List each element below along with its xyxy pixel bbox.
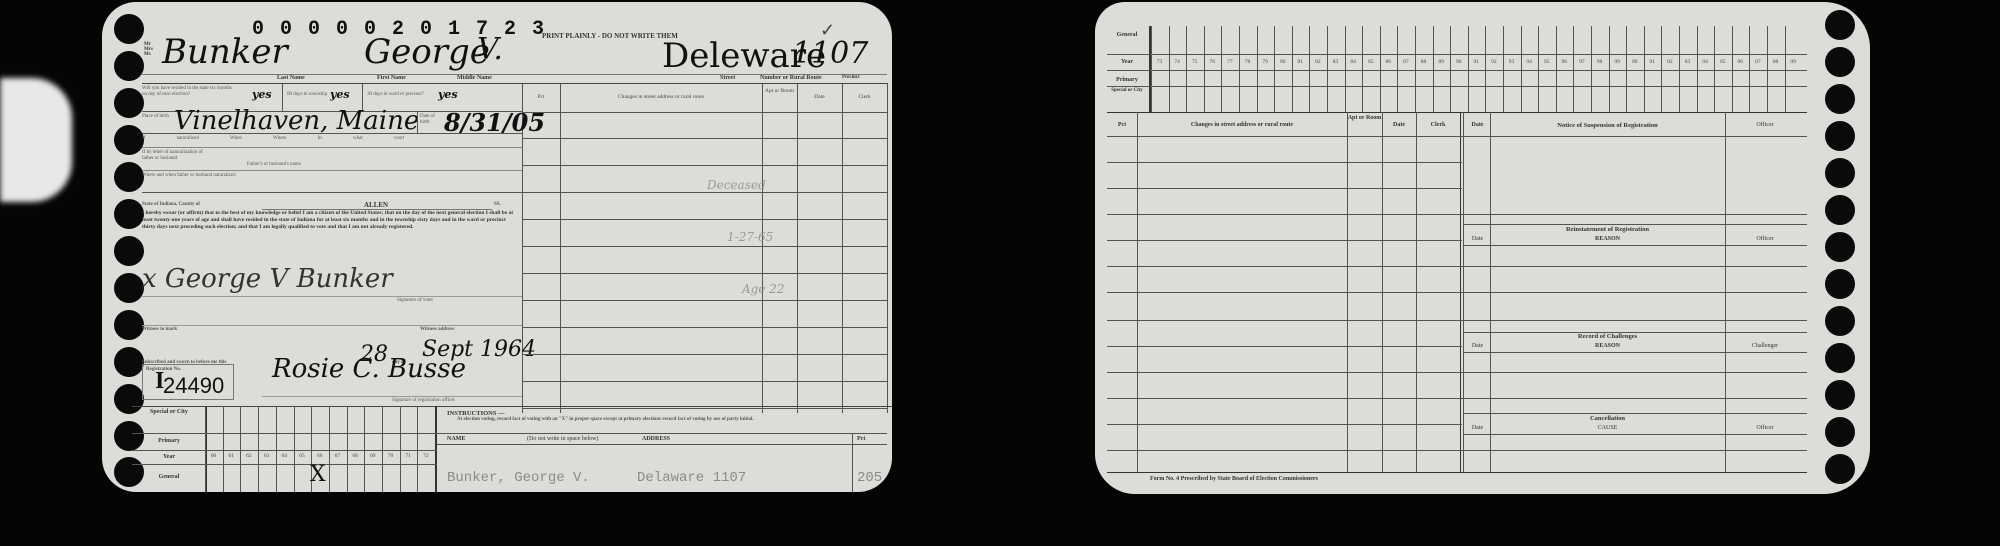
punch-hole	[114, 347, 144, 377]
voter-signature: x George V Bunker	[142, 264, 393, 294]
cancellation-date: Date	[1465, 425, 1490, 431]
year-cell: 01	[1644, 59, 1661, 65]
punch-hole	[114, 51, 144, 81]
reinstatement-officer: Officer	[1725, 236, 1805, 242]
signature-voter-label: Signature of voter	[397, 298, 433, 304]
year-cell: 70	[382, 453, 399, 459]
faint-entry: Age 22	[742, 282, 785, 296]
year-cell: 69	[364, 453, 381, 459]
suspension-officer: Officer	[1725, 122, 1805, 128]
oath-text: I hereby swear (or affirm) that to the b…	[142, 210, 517, 231]
registration-number-value: 24490	[163, 373, 224, 399]
punch-hole	[1825, 232, 1855, 262]
year-cell: 72	[417, 453, 434, 459]
col-date: Date	[797, 94, 842, 100]
ward-answer: yes	[438, 88, 458, 101]
row-year: Year	[134, 454, 204, 460]
year-cell: 94	[1521, 59, 1538, 65]
year-cell: 82	[1309, 59, 1326, 65]
place-of-birth-label: Place of birth	[142, 114, 172, 120]
typed-name: Bunker, George V.	[447, 470, 590, 486]
scanner-glare	[0, 78, 72, 202]
year-cell: 60	[205, 453, 222, 459]
year-cell: 80	[1274, 59, 1291, 65]
year-cell: 67	[329, 453, 346, 459]
cancellation-title: Cancellation	[1495, 415, 1720, 422]
year-cell: 92	[1485, 59, 1502, 65]
year-cell: 97	[1573, 59, 1590, 65]
punch-hole	[114, 88, 144, 118]
punch-hole	[114, 199, 144, 229]
col-address: ADDRESS	[642, 436, 670, 442]
faint-entry: Deceased	[707, 178, 766, 192]
year-cell: 79	[1257, 59, 1274, 65]
year-cell: 65	[294, 453, 311, 459]
col-pct: Pct	[1107, 122, 1137, 128]
punch-hole	[1825, 10, 1855, 40]
punch-hole	[1825, 269, 1855, 299]
punch-hole	[114, 457, 144, 487]
row-primary: Primary	[1107, 77, 1147, 83]
year-cell: 64	[276, 453, 293, 459]
punch-hole	[114, 236, 144, 266]
year-cell: 86	[1380, 59, 1397, 65]
naturalized-label: If naturalized When Where In what court	[142, 136, 522, 142]
punch-hole	[1825, 84, 1855, 114]
punch-hole	[1825, 343, 1855, 373]
col-date: Date	[1382, 122, 1416, 128]
witness-mark-label: Witness to mark	[142, 327, 177, 333]
row-year: Year	[1107, 59, 1147, 65]
year-cell: 73	[1151, 59, 1168, 65]
col-pct: Pct	[522, 94, 560, 100]
year-cell: 05	[1714, 59, 1731, 65]
county-value: ALLEN	[364, 201, 388, 209]
year-cell: 77	[1221, 59, 1238, 65]
suspension-title: Notice of Suspension of Registration	[1495, 122, 1720, 129]
ss-label: SS.	[494, 202, 501, 208]
punch-hole	[114, 273, 144, 303]
form-footer: Form No. 4 Prescribed by State Board of …	[1150, 476, 1318, 482]
year-cell: 88	[1415, 59, 1432, 65]
year-cell: 98	[1591, 59, 1608, 65]
challenges-title: Record of Challenges	[1495, 333, 1720, 340]
year-cell: 68	[347, 453, 364, 459]
col-clerk: Clerk	[1416, 122, 1460, 128]
state-county-label: State of Indiana, County of	[142, 202, 200, 208]
col-clerk: Clerk	[842, 94, 887, 100]
col-apt-room: Apt or Room	[1347, 115, 1382, 121]
first-name-label: First Name	[377, 75, 406, 81]
year-cell: 61	[223, 453, 240, 459]
naturalization-letter-label: If by letter of naturalization of father…	[142, 150, 212, 162]
punch-hole	[1825, 158, 1855, 188]
township-answer: yes	[330, 88, 350, 101]
year-cell: 76	[1204, 59, 1221, 65]
cancellation-officer: Officer	[1725, 425, 1805, 431]
registration-card-front: 0 0 0 0 0 2 0 1 7 2 3 PRINT PLAINLY - DO…	[102, 2, 892, 492]
punch-hole	[114, 310, 144, 340]
street-label: Street	[720, 75, 735, 81]
year-cell: 07	[1749, 59, 1766, 65]
punch-hole	[1825, 417, 1855, 447]
vote-mark-x: X	[310, 462, 326, 487]
last-name-value: Bunker	[162, 32, 288, 72]
year-cell: 71	[400, 453, 417, 459]
year-cell: 74	[1169, 59, 1186, 65]
date-of-birth-label: Date of birth	[420, 114, 444, 126]
year-cell: 81	[1292, 59, 1309, 65]
year-cell: 89	[1433, 59, 1450, 65]
when-where-label: Where and when father or husband natural…	[142, 173, 242, 179]
punch-hole	[1825, 454, 1855, 484]
section-marker: I	[155, 368, 164, 395]
col-name: NAME	[447, 436, 465, 442]
precinct-label: Precinct	[842, 75, 860, 80]
punch-hole	[114, 162, 144, 192]
punch-hole	[1825, 121, 1855, 151]
resided-state-label: Will you have resided in the state six m…	[142, 86, 232, 98]
place-of-birth-value: Vinelhaven, Maine	[174, 106, 419, 136]
year-cell: 85	[1362, 59, 1379, 65]
punch-hole	[114, 125, 144, 155]
row-general: General	[1107, 32, 1147, 38]
instructions-title: INSTRUCTIONS —	[447, 410, 505, 417]
middle-name-value: V.	[477, 32, 503, 67]
year-cell: 78	[1239, 59, 1256, 65]
number-label: Number or Rural Route	[760, 75, 822, 81]
row-primary: Primary	[134, 438, 204, 444]
punch-hole	[114, 14, 144, 44]
reinstatement-reason: REASON	[1495, 236, 1720, 242]
year-cell: 87	[1397, 59, 1414, 65]
year-cell: 83	[1327, 59, 1344, 65]
punch-hole	[1825, 306, 1855, 336]
middle-name-label: Middle Name	[457, 75, 492, 81]
year-cell: 91	[1468, 59, 1485, 65]
challenges-challenger: Challenger	[1725, 343, 1805, 349]
year-cell: 96	[1556, 59, 1573, 65]
year-cell: 99	[1609, 59, 1626, 65]
year-cell: 95	[1538, 59, 1555, 65]
typed-address: Delaware 1107	[637, 470, 746, 486]
signature-officer-label: Signature of registration officer	[392, 398, 455, 404]
resided-state-answer: yes	[252, 88, 272, 101]
cancellation-cause: CAUSE	[1495, 425, 1720, 431]
ward-label: 30 days in ward or precinct?	[367, 92, 427, 98]
year-cell: 08	[1767, 59, 1784, 65]
year-cell: 06	[1732, 59, 1749, 65]
year-cell: 63	[258, 453, 275, 459]
year-cell: 62	[240, 453, 257, 459]
header-notice: PRINT PLAINLY - DO NOT WRITE THEM	[542, 32, 678, 40]
punch-hole	[1825, 380, 1855, 410]
suspension-date: Date	[1465, 122, 1490, 128]
punch-hole	[1825, 47, 1855, 77]
row-general: General	[134, 474, 204, 480]
year-cell: 90	[1450, 59, 1467, 65]
col-do-not-write: (Do not write in space below)	[527, 436, 598, 442]
witness-address-label: Witness address	[420, 327, 454, 333]
year-cell: 66	[311, 453, 328, 459]
registration-card-back: General Year Primary Special or City 737…	[1095, 2, 1870, 494]
last-name-label: Last Name	[277, 75, 305, 81]
title-labels: MrMrsMs	[144, 42, 153, 57]
row-special-city: Special or City	[1107, 88, 1147, 94]
instructions-text: At election voting, record fact of votin…	[457, 417, 887, 423]
reinstatement-title: Reinstatement of Registration	[1495, 226, 1720, 233]
row-special-city: Special or City	[134, 409, 204, 416]
township-label: 60 days in township	[287, 92, 332, 98]
col-apt-room: Apt or Room	[762, 88, 797, 94]
col-changes: Changes in street address or rural route	[1137, 122, 1347, 128]
year-cell: 09	[1785, 59, 1802, 65]
officer-signature: Rosie C. Busse	[272, 354, 466, 384]
punch-hole	[1825, 195, 1855, 225]
year-cell: 04	[1697, 59, 1714, 65]
year-cell: 03	[1679, 59, 1696, 65]
year-cell: 84	[1345, 59, 1362, 65]
year-cell: 00	[1626, 59, 1643, 65]
punch-hole	[114, 421, 144, 451]
year-cell: 75	[1186, 59, 1203, 65]
father-husband-label: Father's or husband's name	[247, 162, 301, 168]
challenges-date: Date	[1465, 343, 1490, 349]
col-changes: Changes in street address or rural route	[560, 94, 762, 100]
year-cell: 93	[1503, 59, 1520, 65]
col-pct-bottom: Pct	[857, 436, 865, 442]
challenges-reason: REASON	[1495, 343, 1720, 349]
typed-pct: 205	[857, 470, 882, 486]
faint-entry: 1-27-65	[727, 230, 773, 244]
first-name-value: George	[364, 32, 490, 72]
year-cell: 02	[1661, 59, 1678, 65]
reinstatement-date: Date	[1465, 236, 1490, 242]
number-value: 1107	[792, 36, 868, 71]
